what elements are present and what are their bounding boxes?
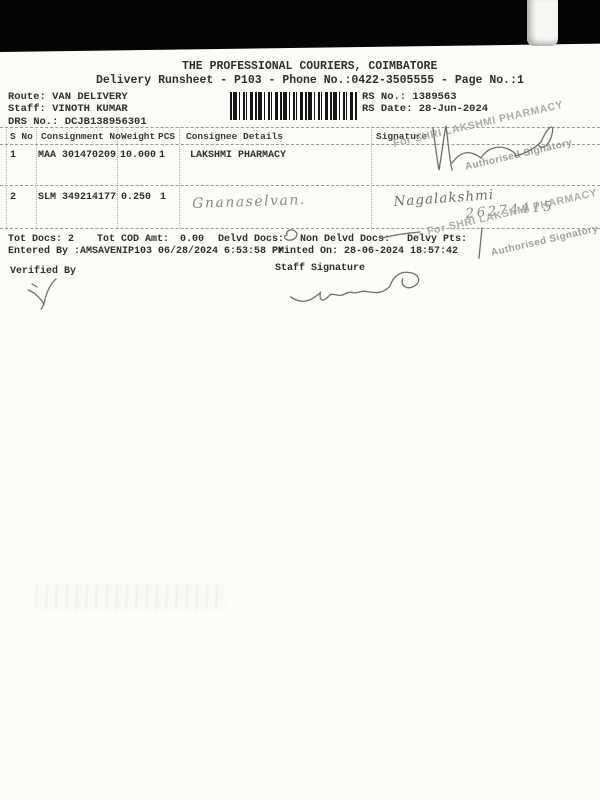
non-delvd-docs-handwritten-dash: [380, 229, 422, 241]
table-vline-sno: [36, 127, 37, 228]
printed-on-line: Printed On: 28-06-2024 18:57:42: [272, 246, 458, 257]
verified-by-mark: [22, 274, 62, 310]
tot-docs-value: 2: [68, 234, 74, 245]
rs-no-line: RS No.: 1389563: [362, 92, 457, 104]
tot-cod-label: Tot COD Amt:: [97, 234, 169, 245]
scan-edge-paper-notch: [527, 0, 558, 46]
runsheet-title: Delivery Runsheet - P103 - Phone No.:042…: [96, 75, 524, 88]
row2-weight: 0.250: [121, 192, 151, 203]
table-vline-consignee: [371, 127, 372, 228]
table-vline-pcs: [179, 127, 180, 228]
row2-sno: 2: [10, 192, 16, 203]
delvd-docs-label: Delvd Docs:: [218, 234, 284, 245]
col-header-sno: S No: [10, 132, 33, 142]
row1-signature-scribble: [415, 118, 565, 180]
entered-by-line: Entered By :AMSAVENIP103 06/28/2024 6:53…: [8, 246, 284, 257]
route-line: Route: VAN DELIVERY: [8, 92, 128, 104]
row2-consignment: SLM 349214177: [38, 192, 116, 203]
col-header-consignment: Consignment No: [41, 132, 121, 142]
row2-consignee-handwritten: Gnanaselvan.: [192, 192, 306, 212]
table-row1-rule: [0, 185, 600, 186]
staff-line: Staff: VINOTH KUMAR: [8, 104, 128, 116]
row1-pcs: 1: [159, 150, 165, 161]
delivery-runsheet-document: THE PROFESSIONAL COURIERS, COIMBATORE De…: [0, 0, 600, 800]
company-title: THE PROFESSIONAL COURIERS, COIMBATORE: [182, 61, 437, 74]
bleed-through-artifact: [36, 584, 226, 610]
col-header-pcs: PCS: [158, 132, 175, 142]
row2-pcs: 1: [160, 192, 166, 203]
rs-date-value: 28-Jun-2024: [419, 103, 488, 115]
tot-cod-value: 0.00: [180, 234, 204, 245]
rs-date-line: RS Date: 28-Jun-2024: [362, 104, 488, 116]
row1-sno: 1: [10, 150, 16, 161]
tot-docs-label: Tot Docs:: [8, 234, 62, 245]
delvy-pts-handwritten-stroke: [474, 226, 488, 260]
delvd-docs-handwritten-loop: [279, 227, 301, 243]
non-delvd-docs-label: Non Delvd Docs:: [300, 234, 390, 245]
runsheet-barcode: [230, 92, 357, 120]
row1-consignment: MAA 301470209: [38, 150, 116, 161]
scan-edge-black-band: [0, 0, 600, 52]
table-vline-left: [6, 127, 7, 228]
row1-weight: 10.000: [120, 150, 156, 161]
route-value: VAN DELIVERY: [52, 91, 128, 103]
row1-consignee: LAKSHMI PHARMACY: [190, 150, 286, 161]
col-header-consignee: Consignee Details: [186, 132, 283, 142]
staff-value: VINOTH KUMAR: [52, 103, 128, 115]
col-header-weight: Weight: [121, 132, 155, 142]
rs-no-value: 1389563: [412, 91, 456, 103]
